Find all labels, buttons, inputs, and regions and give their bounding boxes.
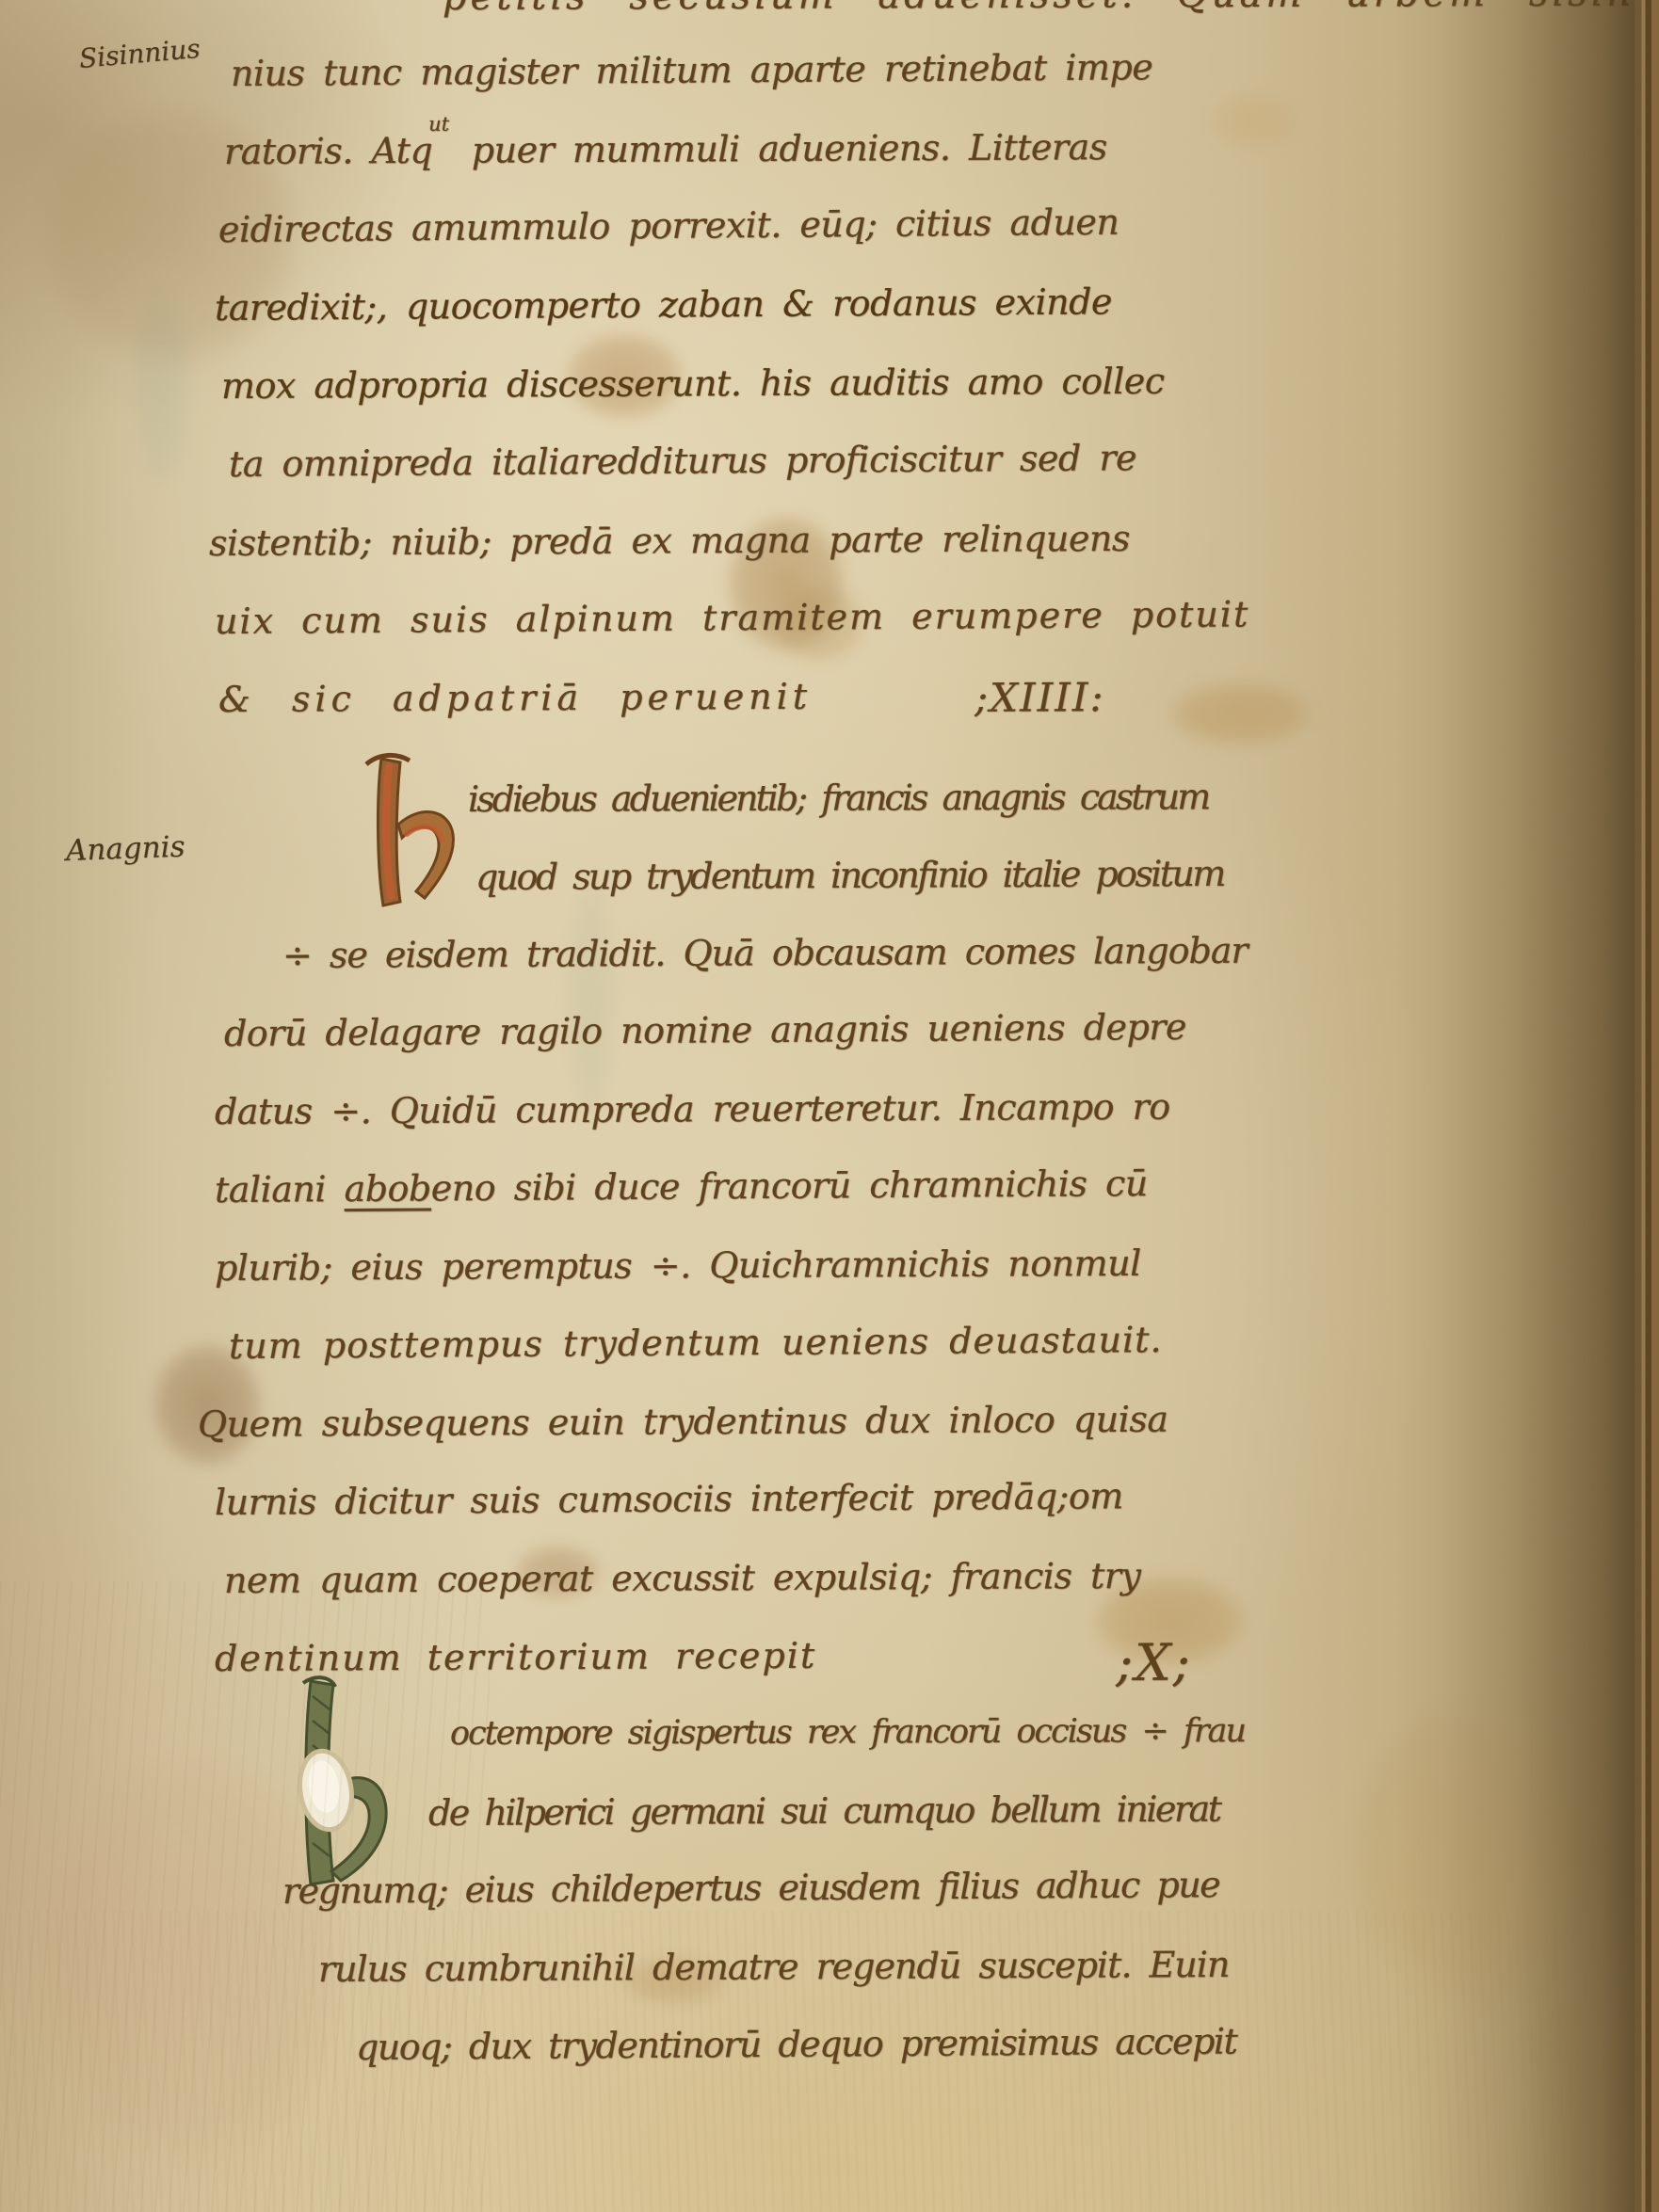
manuscript-line: datus ÷. Quidū cumpreda reuerteretur. In…	[215, 1087, 1170, 1133]
chapter-numeral: ;XIIII:	[974, 675, 1105, 721]
stain	[132, 282, 193, 489]
manuscript-line: ÷ se eisdem tradidit. Quā obcausam comes…	[282, 931, 1248, 977]
manuscript-line: ratoris. Atqut puer mummuli adueniens. L…	[224, 127, 1107, 173]
line-text: uix cum suis alpinum tramitem erumpere p…	[215, 593, 1250, 642]
line-text: lurnis dicitur suis cumsociis interfecit…	[215, 1475, 1123, 1523]
margin-note-anagnis: Anagnis	[65, 830, 185, 868]
line-text: quod sup trydentum inconfinio italie pos…	[475, 853, 1224, 898]
line-text: nius tunc magister militum aparte retine…	[231, 46, 1153, 94]
manuscript-line: dorū delagare ragilo nomine anagnis ueni…	[224, 1007, 1186, 1055]
manuscript-line: dentinum territorium recepit;X;	[215, 1636, 816, 1680]
line-text: petitis secusium aduenisset. Quam urbem …	[443, 0, 1635, 19]
manuscript-line: plurib; eius peremptus ÷. Quichramnichis…	[215, 1243, 1141, 1290]
line-text: ratoris. Atq	[224, 130, 433, 172]
line-text: ta omnipreda italiaredditurus proficisci…	[229, 437, 1136, 485]
manuscript-line: de hilperici germani sui cumquo bellum i…	[428, 1789, 1220, 1835]
line-text: sistentib; niuib; predā ex magna parte r…	[209, 518, 1130, 564]
fore-edge-of-leaves	[1635, 0, 1659, 2212]
manuscript-page: petitis secusium aduenisset. Quam urbem …	[0, 0, 1659, 2212]
manuscript-line: tum posttempus trydentum ueniens deuasta…	[229, 1320, 1163, 1368]
line-text: isdiebus aduenientib; francis anagnis ca…	[468, 776, 1208, 820]
manuscript-line: sistentib; niuib; predā ex magna parte r…	[209, 519, 1130, 565]
line-text: mox adpropria discesserunt. his auditis …	[221, 361, 1165, 407]
line-text: eno sibi duce francorū chramnichis cū	[431, 1162, 1148, 1209]
line-text: nem quam coeperat excussit expulsiq; fra…	[224, 1555, 1141, 1601]
manuscript-line: petitis secusium aduenisset. Quam urbem …	[443, 0, 1635, 19]
line-text: plurib; eius peremptus ÷. Quichramnichis…	[215, 1242, 1141, 1289]
manuscript-line: octempore sigispertus rex francorū occis…	[450, 1712, 1245, 1753]
manuscript-line: quoq; dux trydentinorū dequo premisimus …	[356, 2021, 1237, 2068]
manuscript-line: ta omnipreda italiaredditurus proficisci…	[229, 438, 1136, 485]
manuscript-line: nem quam coeperat excussit expulsiq; fra…	[224, 1556, 1141, 1602]
chapter-numeral: ;X;	[1116, 1634, 1192, 1693]
manuscript-line: taliani abobeno sibi duce francorū chram…	[215, 1163, 1148, 1211]
manuscript-line: isdiebus aduenientib; francis anagnis ca…	[468, 777, 1208, 820]
line-text: dentinum territorium recepit	[215, 1635, 816, 1679]
stain	[1346, 1694, 1591, 2005]
manuscript-line: Quem subsequens euin trydentinus dux inl…	[198, 1400, 1168, 1446]
manuscript-line: mox adpropria discesserunt. his auditis …	[221, 361, 1165, 408]
manuscript-line: & sic adpatriā peruenit;XIIII:	[218, 677, 812, 721]
manuscript-line: rulus cumbrunihil dematre regendū suscep…	[318, 1945, 1230, 1991]
line-text: datus ÷. Quidū cumpreda reuerteretur. In…	[215, 1086, 1170, 1132]
line-text: taliani	[215, 1168, 345, 1210]
page-curvature-shadow	[1395, 0, 1659, 2212]
manuscript-line: eidirectas amummulo porrexit. eūq; citiu…	[218, 202, 1119, 251]
manuscript-line: uix cum suis alpinum tramitem erumpere p…	[215, 594, 1250, 642]
decorated-initial-h-green	[279, 1675, 395, 1892]
expunged-text: abob	[344, 1167, 430, 1210]
interlinear-correction: ut	[428, 113, 449, 136]
stain	[1168, 680, 1313, 747]
manuscript-line: regnumq; eius childepertus eiusdem filiu…	[282, 1865, 1220, 1913]
margin-note-sisinnius: Sisinnius	[78, 33, 201, 74]
line-text: & sic adpatriā peruenit	[218, 676, 812, 720]
line-text: regnumq; eius childepertus eiusdem filiu…	[282, 1864, 1220, 1912]
line-text: puer mummuli adueniens. Litteras	[453, 126, 1107, 171]
manuscript-line: quod sup trydentum inconfinio italie pos…	[475, 854, 1224, 899]
line-text: dorū delagare ragilo nomine anagnis ueni…	[224, 1006, 1186, 1054]
line-text: eidirectas amummulo porrexit. eūq; citiu…	[218, 201, 1119, 250]
line-text: rulus cumbrunihil dematre regendū suscep…	[318, 1944, 1230, 1990]
stain	[1210, 92, 1299, 151]
manuscript-line: taredixit;, quocomperto zaban & rodanus …	[215, 281, 1112, 329]
line-text: tum posttempus trydentum ueniens deuasta…	[229, 1319, 1163, 1367]
line-text: ÷ se eisdem tradidit. Quā obcausam comes…	[282, 930, 1248, 976]
manuscript-line: nius tunc magister militum aparte retine…	[231, 47, 1153, 95]
line-text: taredixit;, quocomperto zaban & rodanus …	[215, 281, 1112, 329]
line-text: quoq; dux trydentinorū dequo premisimus …	[356, 2020, 1237, 2068]
decorated-initial-H	[362, 751, 468, 913]
line-text: de hilperici germani sui cumquo bellum i…	[428, 1788, 1220, 1834]
line-text: octempore sigispertus rex francorū occis…	[450, 1712, 1245, 1753]
line-text: Quem subsequens euin trydentinus dux inl…	[198, 1399, 1168, 1445]
manuscript-line: lurnis dicitur suis cumsociis interfecit…	[215, 1476, 1123, 1523]
